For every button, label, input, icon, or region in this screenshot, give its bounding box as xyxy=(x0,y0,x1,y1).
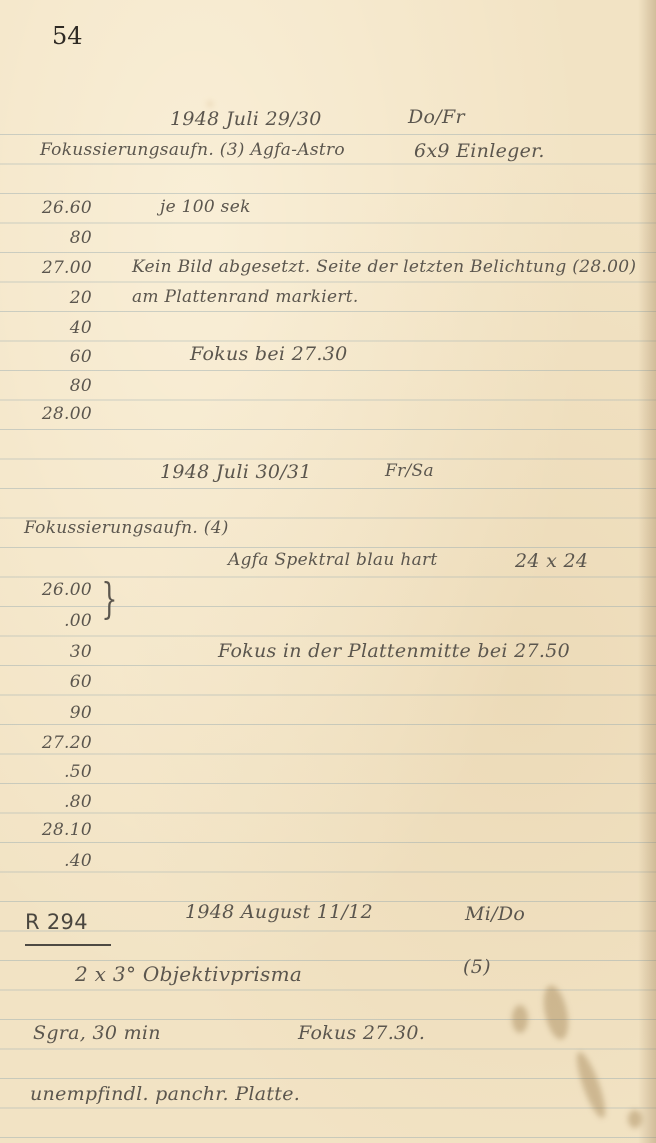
entry3-number: (5) xyxy=(463,956,491,978)
stain xyxy=(512,1005,528,1033)
entry1-title: Fokussierungsaufn. (3) Agfa-Astro xyxy=(40,140,345,160)
stain xyxy=(628,1110,642,1128)
entry2-position: 27.20 xyxy=(30,733,92,753)
entry2-position: 26.00 xyxy=(30,580,92,600)
entry2-title: Fokussierungsaufn. (4) xyxy=(24,518,229,538)
entry1-position: 26.60 xyxy=(30,198,92,218)
entry1-note-line2: am Plattenrand markiert. xyxy=(132,287,359,307)
entry1-note-line1: Kein Bild abgesetzt. Seite der letzten B… xyxy=(132,257,636,277)
entry2-position: 60 xyxy=(30,672,92,692)
entry2-position: 90 xyxy=(30,703,92,723)
entry2-position: 30 xyxy=(30,642,92,662)
entry1-format: 6x9 Einleger. xyxy=(414,140,545,162)
entry2-date: 1948 Juli 30/31 xyxy=(160,461,312,483)
page-number: 54 xyxy=(52,22,83,50)
entry1-position: 27.00 xyxy=(30,258,92,278)
entry1-weekday: Do/Fr xyxy=(408,106,465,128)
entry1-position: 28.00 xyxy=(30,404,92,424)
entry2-position: 28.10 xyxy=(30,820,92,840)
entry2-position: .40 xyxy=(30,851,92,871)
stain xyxy=(207,101,213,107)
entry2-position: .50 xyxy=(30,762,92,782)
entry3-exposure: Sgra, 30 min xyxy=(33,1022,161,1044)
entry1-exposure-note: je 100 sek xyxy=(160,197,251,217)
entry3-title: 2 x 3° Objektivprisma xyxy=(75,962,302,986)
entry2-position: .00 xyxy=(30,611,92,631)
entry1-focus: Fokus bei 27.30 xyxy=(190,343,348,365)
entry2-position: .80 xyxy=(30,792,92,812)
entry2-format: 24 x 24 xyxy=(515,550,588,572)
bracket: } xyxy=(101,574,117,623)
entry2-plate: Agfa Spektral blau hart xyxy=(228,550,438,570)
entry2-weekday: Fr/Sa xyxy=(385,461,434,481)
entry1-date: 1948 Juli 29/30 xyxy=(170,108,322,130)
entry3-focus: Fokus 27.30. xyxy=(298,1022,425,1044)
ref-underline xyxy=(25,944,111,946)
entry1-position: 40 xyxy=(30,318,92,338)
page-edge-shadow xyxy=(638,0,656,1143)
entry1-position: 60 xyxy=(30,347,92,367)
entry3-weekday: Mi/Do xyxy=(465,903,525,925)
entry3-date: 1948 August 11/12 xyxy=(185,901,373,923)
entry2-focus: Fokus in der Plattenmitte bei 27.50 xyxy=(218,640,570,662)
notebook-page: 54 1948 Juli 29/30 Do/Fr Fokussierungsau… xyxy=(0,0,656,1143)
entry1-position: 20 xyxy=(30,288,92,308)
entry1-position: 80 xyxy=(30,376,92,396)
entry3-ref: R 294 xyxy=(25,910,88,934)
entry1-position: 80 xyxy=(30,228,92,248)
entry3-plate: unempfindl. panchr. Platte. xyxy=(30,1083,300,1105)
